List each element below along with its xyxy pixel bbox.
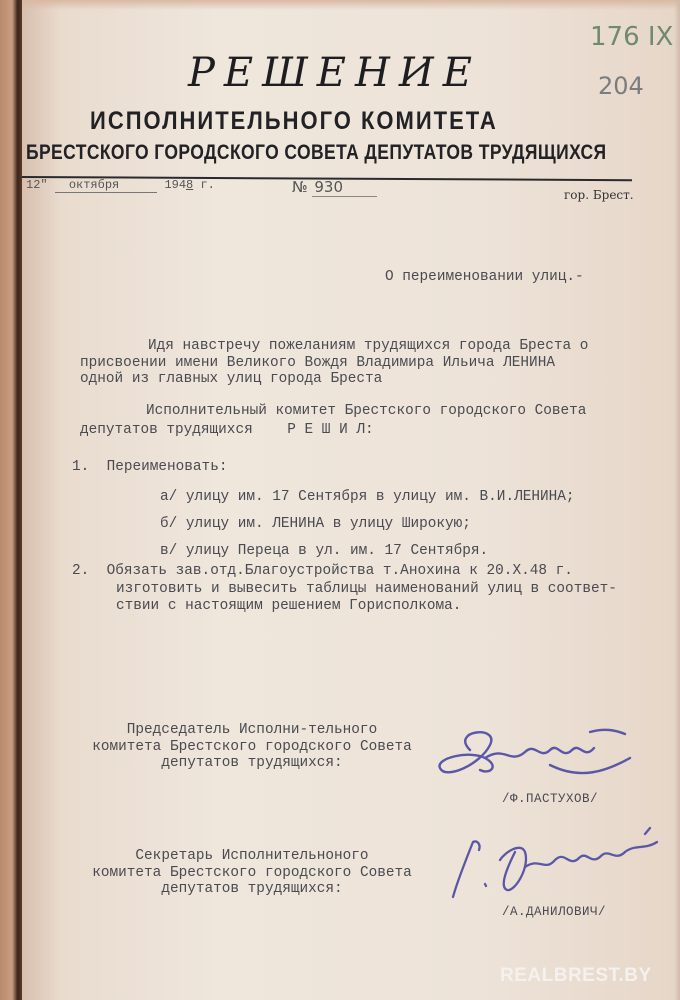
rename-text: улицу им. ЛЕНИНА в улицу Широкую; bbox=[186, 516, 471, 532]
decision-item-1: 1. Переименовать: bbox=[72, 459, 227, 475]
document-title: РЕШЕНИЕ bbox=[188, 50, 481, 96]
rename-item: б/ улицу им. ЛЕНИНА в улицу Широкую; bbox=[160, 511, 575, 538]
item-line: изготовить и вывесить таблицы наименован… bbox=[72, 581, 617, 599]
page-right-edge bbox=[674, 0, 680, 1000]
signatory-title-line: комитета Брестского городского Совета bbox=[72, 739, 432, 756]
document-subtitle-2: БРЕСТСКОГО ГОРОДСКОГО СОВЕТА ДЕПУТАТОВ Т… bbox=[26, 140, 607, 165]
item-line: ствии с настоящим решением Горисполкома. bbox=[72, 598, 617, 616]
secretary-handwritten-signature bbox=[445, 822, 670, 902]
rename-text: улицу Переца в ул. им. 17 Сентября. bbox=[186, 543, 488, 559]
item-line: Обязать зав.отд.Благоустройства т.Анохин… bbox=[107, 563, 573, 579]
date-day: 12 bbox=[26, 178, 40, 192]
decision-line: Исполнительный комитет Брестского городс… bbox=[80, 402, 586, 421]
rename-marker: б/ bbox=[160, 516, 177, 532]
preamble-line: Идя навстречу пожеланиям трудящихся горо… bbox=[80, 338, 588, 355]
preamble-line: одной из главных улиц города Бреста bbox=[80, 371, 588, 388]
document-subject: О переименовании улиц.- bbox=[385, 269, 584, 285]
number-value: 930 bbox=[312, 178, 377, 197]
item-text: Переименовать: bbox=[107, 459, 228, 475]
chairman-signature-block: Председатель Исполни-тельного комитета Б… bbox=[72, 722, 432, 772]
rename-item: а/ улицу им. 17 Сентября в улицу им. В.И… bbox=[160, 484, 575, 511]
signatory-title-line: Председатель Исполни-тельного bbox=[72, 722, 432, 739]
document-city: гор. Брест. bbox=[564, 188, 634, 202]
book-binding bbox=[0, 0, 22, 1000]
date-year-prefix: 194 bbox=[164, 178, 186, 192]
date-month: октября bbox=[55, 178, 157, 193]
handwritten-note-top-right: 176 IX bbox=[590, 22, 673, 52]
secretary-name: /А.ДАНИЛОВИЧ/ bbox=[502, 905, 606, 919]
rename-text: улицу им. 17 Сентября в улицу им. В.И.ЛЕ… bbox=[186, 489, 575, 505]
signatory-title-line: Секретарь Исполнительноного bbox=[72, 848, 432, 865]
item-number: 1. bbox=[72, 459, 89, 475]
document-number: № 930 bbox=[292, 178, 377, 197]
decision-item-2: 2. Обязать зав.отд.Благоустройства т.Ано… bbox=[72, 563, 617, 616]
page-top-edge bbox=[22, 0, 680, 10]
rename-item: в/ улицу Переца в ул. им. 17 Сентября. bbox=[160, 538, 575, 565]
rename-marker: а/ bbox=[160, 489, 177, 505]
signatory-title-line: комитета Брестского городского Совета bbox=[72, 865, 432, 882]
rename-list: а/ улицу им. 17 Сентября в улицу им. В.И… bbox=[160, 484, 575, 565]
number-label: № bbox=[292, 178, 308, 196]
preamble-line: присвоении имени Великого Вождя Владимир… bbox=[80, 355, 588, 372]
rename-marker: в/ bbox=[160, 543, 177, 559]
document-subtitle-1: ИСПОЛНИТЕЛЬНОГО КОМИТЕТА bbox=[90, 106, 498, 136]
date-year-suffix: 8 bbox=[186, 178, 193, 192]
secretary-signature-block: Секретарь Исполнительноного комитета Бре… bbox=[72, 848, 432, 898]
decision-intro: Исполнительный комитет Брестского городс… bbox=[80, 402, 586, 440]
chairman-handwritten-signature bbox=[430, 720, 640, 795]
preamble: Идя навстречу пожеланиям трудящихся горо… bbox=[80, 338, 588, 388]
date-year-label: г. bbox=[200, 178, 214, 192]
handwritten-archive-page-number: 204 bbox=[598, 72, 644, 100]
item-number: 2. bbox=[72, 563, 89, 579]
decision-line: депутатов трудящихся Р Е Ш И Л: bbox=[80, 421, 586, 440]
signatory-title-line: депутатов трудящихся: bbox=[72, 755, 432, 772]
site-watermark: REALBREST.BY bbox=[500, 965, 652, 987]
document-date: 12" октября 1948 г. bbox=[26, 178, 215, 193]
chairman-name: /Ф.ПАСТУХОВ/ bbox=[502, 792, 598, 806]
signatory-title-line: депутатов трудящихся: bbox=[72, 881, 432, 898]
